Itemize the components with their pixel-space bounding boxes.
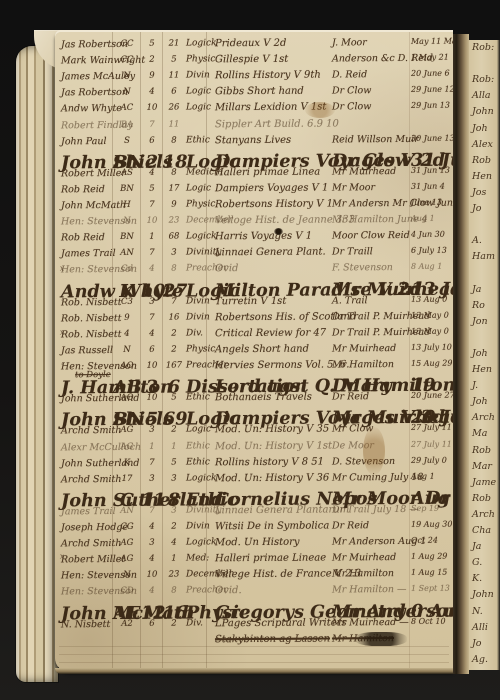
date-entry: 31 Jun 13 [411,165,450,174]
press-number: 3 [163,248,185,258]
date-entry: 27 July 11 [411,439,452,448]
facing-page-name-fragment: Rob [472,445,491,456]
professor-name: Mr Moor [332,182,375,193]
subject-class: Ethic [186,135,210,145]
press-number: 5 [163,55,185,65]
press-number: 2 [163,521,185,531]
shelf-number: 10 [141,570,163,580]
borrower-name: James Trail [61,506,116,517]
shelf-number: 10 [141,216,163,226]
date-entry: 29 Jun 13 [411,101,450,110]
press-number: 11 [163,71,185,81]
class-mark: BN [113,232,141,242]
shelf-number: 7 [141,248,163,258]
facing-page-name-fragment: Jon [472,316,488,327]
date-entry: 19 Aug 30 [411,520,453,529]
book-title: Rollins history V 8 51 [215,456,324,468]
date-entry: 15 Aug 29 [411,359,453,368]
facing-page-name-fragment: Mar [472,461,492,472]
paper-stain [305,102,335,118]
class-mark: C3 [113,296,141,306]
facing-page-name-fragment: Joh [472,123,488,134]
facing-page-name-fragment: Rob [472,155,491,166]
book-title: Sippler Art Build. 6.9 10 [215,118,339,130]
date-entry: Oct 24 [411,536,438,545]
shelf-number: 1 [141,232,163,242]
class-mark: CD [113,586,141,596]
subject-class: Physic [186,344,216,354]
date-entry: 6 July 13 [411,246,447,255]
shelf-number: 4 [141,167,163,177]
facing-page-name-fragment: G. [472,557,482,568]
subject-class: Div. [186,328,203,338]
class-mark: S [113,135,141,145]
date-entry: 31 Jun 4 [411,182,445,191]
class-mark: 9 [113,312,141,322]
class-mark: N [113,570,141,580]
press-number: 8 [163,586,185,596]
facing-page-name-fragment: Alla [472,90,491,101]
facing-page-name-fragment: Ma [472,428,487,439]
class-mark: BA [113,119,141,129]
ledger-ruling [59,654,449,655]
subject-class: Divin [186,521,210,531]
shelf-number: 9 [141,71,163,81]
class-mark: N [113,71,141,81]
subject-class: Logic [186,103,211,113]
facing-page-name-fragment: Joh [472,348,488,359]
class-mark: AG [113,425,141,435]
subject-class: Div. [186,618,203,628]
professor-name: Moor Clow Reid [332,230,410,242]
shelf-number: 7 [141,119,163,129]
date-entry: 1 Aug 15 [411,568,447,577]
shelf-number: 3 [141,425,163,435]
shelf-number: 6 [141,135,163,145]
date-entry: 8 Oct 10 [411,616,446,625]
shelf-number: 10 [141,393,163,403]
book-title: Stakybinton ag Lassen [215,633,330,645]
borrower-name: James Trail [61,248,116,259]
book-title: Ovid [215,263,239,274]
date-entry: 1 May 21 [411,53,449,62]
press-number: 8 [163,264,185,274]
press-number: 3 [163,505,185,515]
book-title: Linnaei Genera Plantarum [215,504,349,516]
margin-mark: x [55,264,69,273]
professor-name: Dr Clow [332,85,371,96]
borrower-name: John Paul [61,136,107,147]
date-entry: Aug 1 [411,214,435,223]
professor-name: Reid Willson Muir [332,133,419,145]
class-mark: AS [113,168,141,178]
book-title: Bothanaeis Travels [215,392,312,404]
shelf-number: 7 [141,200,163,210]
shelf-number: 1 [141,441,163,451]
shelf-number: 7 [141,312,163,322]
shelf-number: 10 [141,361,163,371]
press-number: 23 [163,570,185,580]
subject-class: Divin [186,312,210,322]
professor-name: Mr Muirhead — [332,617,409,629]
class-mark: AC [113,103,141,113]
shelf-number: 3 [141,538,163,548]
press-number: 2 [163,344,185,354]
book-title: Turretin V 1st [215,295,286,306]
shelf-number: 2 [141,55,163,65]
professor-name: Mr Hamilton — [332,584,407,596]
ink-blot [274,228,283,235]
press-number: 11 [163,119,185,129]
book-title: Gibbs Short hand [215,86,304,98]
facing-page-name-fragment: Cha [472,525,491,536]
date-entry: 1 Aug 29 [411,552,447,561]
facing-page-name-fragment: Hen [472,171,492,182]
ink-smudge [355,632,407,646]
book-title: Witsii De in Symbolica [215,520,329,532]
date-entry: 13 May 0 [411,326,449,335]
book-title: Hervies Sermons Vol. 5. 6. [215,359,350,371]
facing-page-name-fragment: Arch [472,509,495,520]
borrower-name: Rob Reid [61,184,105,195]
class-mark: AG [113,441,141,451]
facing-page-name-fragment: Rob: [472,74,494,85]
class-mark: H [113,200,141,210]
press-number: 2 [163,618,185,628]
book-title: Critical Review for 47 [215,327,326,339]
margin-mark: · [55,296,69,305]
facing-page-name-fragment: Jame [472,477,496,488]
class-mark: Cd [113,264,141,274]
facing-page-name-fragment: Alli [472,622,488,633]
ledger-ruling [59,662,449,663]
facing-page-name-fragment: Arch [472,412,495,423]
professor-name: Dr Clow [332,102,371,113]
press-number: 5 [163,457,185,467]
shelf-number: 4 [141,554,163,564]
facing-page-name-fragment: Ja [472,284,481,295]
book-title: LPages Scriptural Writers [215,617,347,629]
press-number: 23 [163,216,185,226]
shelf-number: 10 [141,103,163,113]
book-title: Linnaei Genera Plant. [215,247,326,259]
class-mark: CG [113,522,141,532]
professor-name: Dr Reid [332,520,369,531]
shelf-number: 4 [141,264,163,274]
ledger-row: Hen: StevensonCD48PreacherOvid.Mr Hamilt… [55,584,453,603]
date-entry: 20 June 6 [411,69,450,78]
shelf-number: 6 [141,618,163,628]
date-entry: 4 Jun 30 [411,230,445,239]
book-title: Angels Short hand [215,344,309,356]
class-mark: BN [113,184,141,194]
class-mark: AN [113,506,141,516]
facing-page-name-fragment: K. [472,573,482,584]
shelf-number: 4 [141,522,163,532]
facing-page-name-fragment: Ham [472,251,495,262]
subject-class: Logic [186,87,211,97]
professor-name: Mr Muirhead [332,552,396,563]
press-number: 5 [163,393,185,403]
shelf-number: 6 [141,345,163,355]
ledger-row: Hen: StevensonCd48PreacherOvidF. Stevens… [55,262,453,281]
professor-name: Dr Reid [332,391,369,402]
class-mark: 4 [113,329,141,339]
date-entry: 13 July 10 [411,343,452,352]
subject-class: Logick [186,473,217,483]
shelf-number: 3 [141,473,163,483]
facing-page-name-fragment: Joh [472,396,488,407]
date-entry: June 13 [411,198,442,207]
subject-class: Med: [186,553,209,563]
press-number: 26 [163,103,185,113]
professor-name: Dr Trail July 18 — [332,504,419,516]
professor-name: A. Trail [332,295,368,306]
shelf-number: 7 [141,506,163,516]
book-title: Mod. Un: History V 1st [215,440,332,452]
facing-page-name-fragment: Jo [472,203,482,214]
book-title: Robertsons History V 1 [215,198,333,210]
book-title: Harris Voyages V 1 [215,231,312,243]
book-page-edges [16,46,58,682]
class-mark: N [113,345,141,355]
borrower-name: Rob Reid [61,232,105,243]
subject-class: Logic [186,183,211,193]
facing-page-name-fragment: Jo [472,638,482,649]
date-entry: 8 Aug 1 [411,262,442,271]
book-title: Gillespie V 1st [215,54,288,66]
book-title: Prideaux V 2d [215,38,286,49]
page-bottom-edge [55,668,453,674]
facing-page-name-fragment: Ja [472,541,481,552]
facing-page-name-fragment: Hen [472,364,492,375]
press-number: 8 [163,135,185,145]
date-entry: 20 June 27 [411,391,453,400]
shelf-number: 4 [141,87,163,97]
press-number: 8 [163,167,185,177]
class-mark: AG [113,538,141,548]
professor-name: Mr Muirhead [332,343,396,354]
book-title: Mod. Un: History V 36 [215,472,329,484]
facing-page-name-fragment: Ag. [472,654,488,665]
class-mark: K [113,457,141,467]
press-number: 1 [163,554,185,564]
date-entry: 13 May 0 [411,310,449,319]
press-number: 1 [163,441,185,451]
professor-name: Mr Hamilton [332,359,394,370]
facing-page-name-fragment: A. [472,235,482,246]
shelf-number: 4 [141,586,163,596]
date-entry: 27 July 11 [411,423,452,432]
margin-mark: x [55,328,69,337]
class-mark: AO [113,361,141,371]
subject-class: Logick [186,537,217,547]
facing-page-name-fragment: John [472,106,494,117]
date-entry: 29 July 0 [411,455,447,464]
professor-name: Mr Hamilton [332,568,394,579]
class-mark: N [113,216,141,226]
book-title: Mod. Un History [215,537,300,549]
press-number: 17 [163,183,185,193]
book-title: Mod. Un: History V 35 [215,424,329,436]
subject-class: Ethic [186,441,210,451]
press-number: 167 [163,360,185,370]
book-title: Stanyans Lives [215,134,291,146]
subject-class: Divin [186,70,210,80]
facing-page-name-fragment: Rob: [472,42,494,53]
facing-page-name-fragment: John [472,589,494,600]
book-title: Ovid. [215,585,242,596]
press-number: 7 [163,296,185,306]
press-number: 2 [163,328,185,338]
press-number: 3 [163,473,185,483]
ledger-row: Andw WhyteAC1026LogicMillars Lexidion V … [55,101,453,120]
class-mark: CC [113,39,141,49]
press-number: 4 [163,538,185,548]
subject-class: Ethic [186,392,210,402]
subject-class: Ethic [186,457,210,467]
date-entry: 13 Aug 0 [411,294,447,303]
facing-page-name-fragment: Alex [472,139,493,150]
subject-class: Divin [186,296,210,306]
subject-class: Logic [186,425,211,435]
class-mark: CC [113,55,141,65]
binding-gutter [453,34,469,674]
class-mark: N [113,87,141,97]
professor-name: J. Moor [332,37,367,48]
professor-name: F. Stevenson [332,262,393,273]
facing-page-sliver: Rob:Rob:AllaJohnJohAlexRobHenJosJoA.HamJ… [469,40,500,670]
subject-class: Physic [186,199,216,209]
class-mark: AN [113,248,141,258]
shelf-number: 5 [141,39,163,49]
shelf-number: 3 [141,296,163,306]
facing-page-name-fragment: Jos [472,187,486,198]
ledger-row: Archd SmithAG32LogicMod. Un: History V 3… [55,423,453,442]
margin-mark: x [55,552,69,561]
book-title: Halleri primae Lineae [215,553,326,565]
press-number: 21 [163,38,185,48]
book-title: Rollins History V 9th [215,70,321,82]
press-number: 9 [163,199,185,209]
borrower-name: N. Nisbett [61,619,110,630]
press-number: 16 [163,312,185,322]
book-title: Dampiers Voyages V 1 [215,182,328,194]
professor-name: Mr Muirhead [332,166,396,177]
left-page: Jas RobertsonCC521LogickPrideaux V 2dJ. … [55,32,453,672]
facing-page-name-fragment: N. [472,606,483,617]
shelf-number: 7 [141,457,163,467]
date-entry: Aug 1 [411,471,435,480]
book-title: Halleri primae Linea [215,166,320,178]
date-entry: 1 Sept 13 [411,584,450,593]
shelf-number: 4 [141,328,163,338]
press-number: 2 [163,425,185,435]
borrower-name: Jas Russell [61,345,113,356]
margin-mark: · [55,360,69,369]
facing-page-name-fragment: Rob [472,493,491,504]
subject-class: Logick [186,231,217,241]
class-mark: AO [113,393,141,403]
press-number: 6 [163,87,185,97]
subject-class: Logick [186,38,217,48]
press-number: 68 [163,232,185,242]
subject-class: Physic [186,54,216,64]
date-entry: Sep 19 [411,504,439,513]
professor-name: D. Reid [332,69,367,80]
class-mark: A2 [113,618,141,628]
facing-page-name-fragment: J. [472,380,478,391]
class-mark: AG [113,554,141,564]
facing-page-name-fragment: Ro [472,300,485,311]
date-entry: 29 June 12 [411,85,453,94]
professor-name: Dr Traill [332,246,373,257]
class-mark: 17 [113,473,141,483]
shelf-number: 5 [141,184,163,194]
photo-backdrop: Jas RobertsonCC521LogickPrideaux V 2dJ. … [0,0,500,700]
date-entry: 30 June 13 [411,133,453,142]
paper-stain [363,427,385,475]
date-entry: May 11 May 21 [411,36,453,45]
